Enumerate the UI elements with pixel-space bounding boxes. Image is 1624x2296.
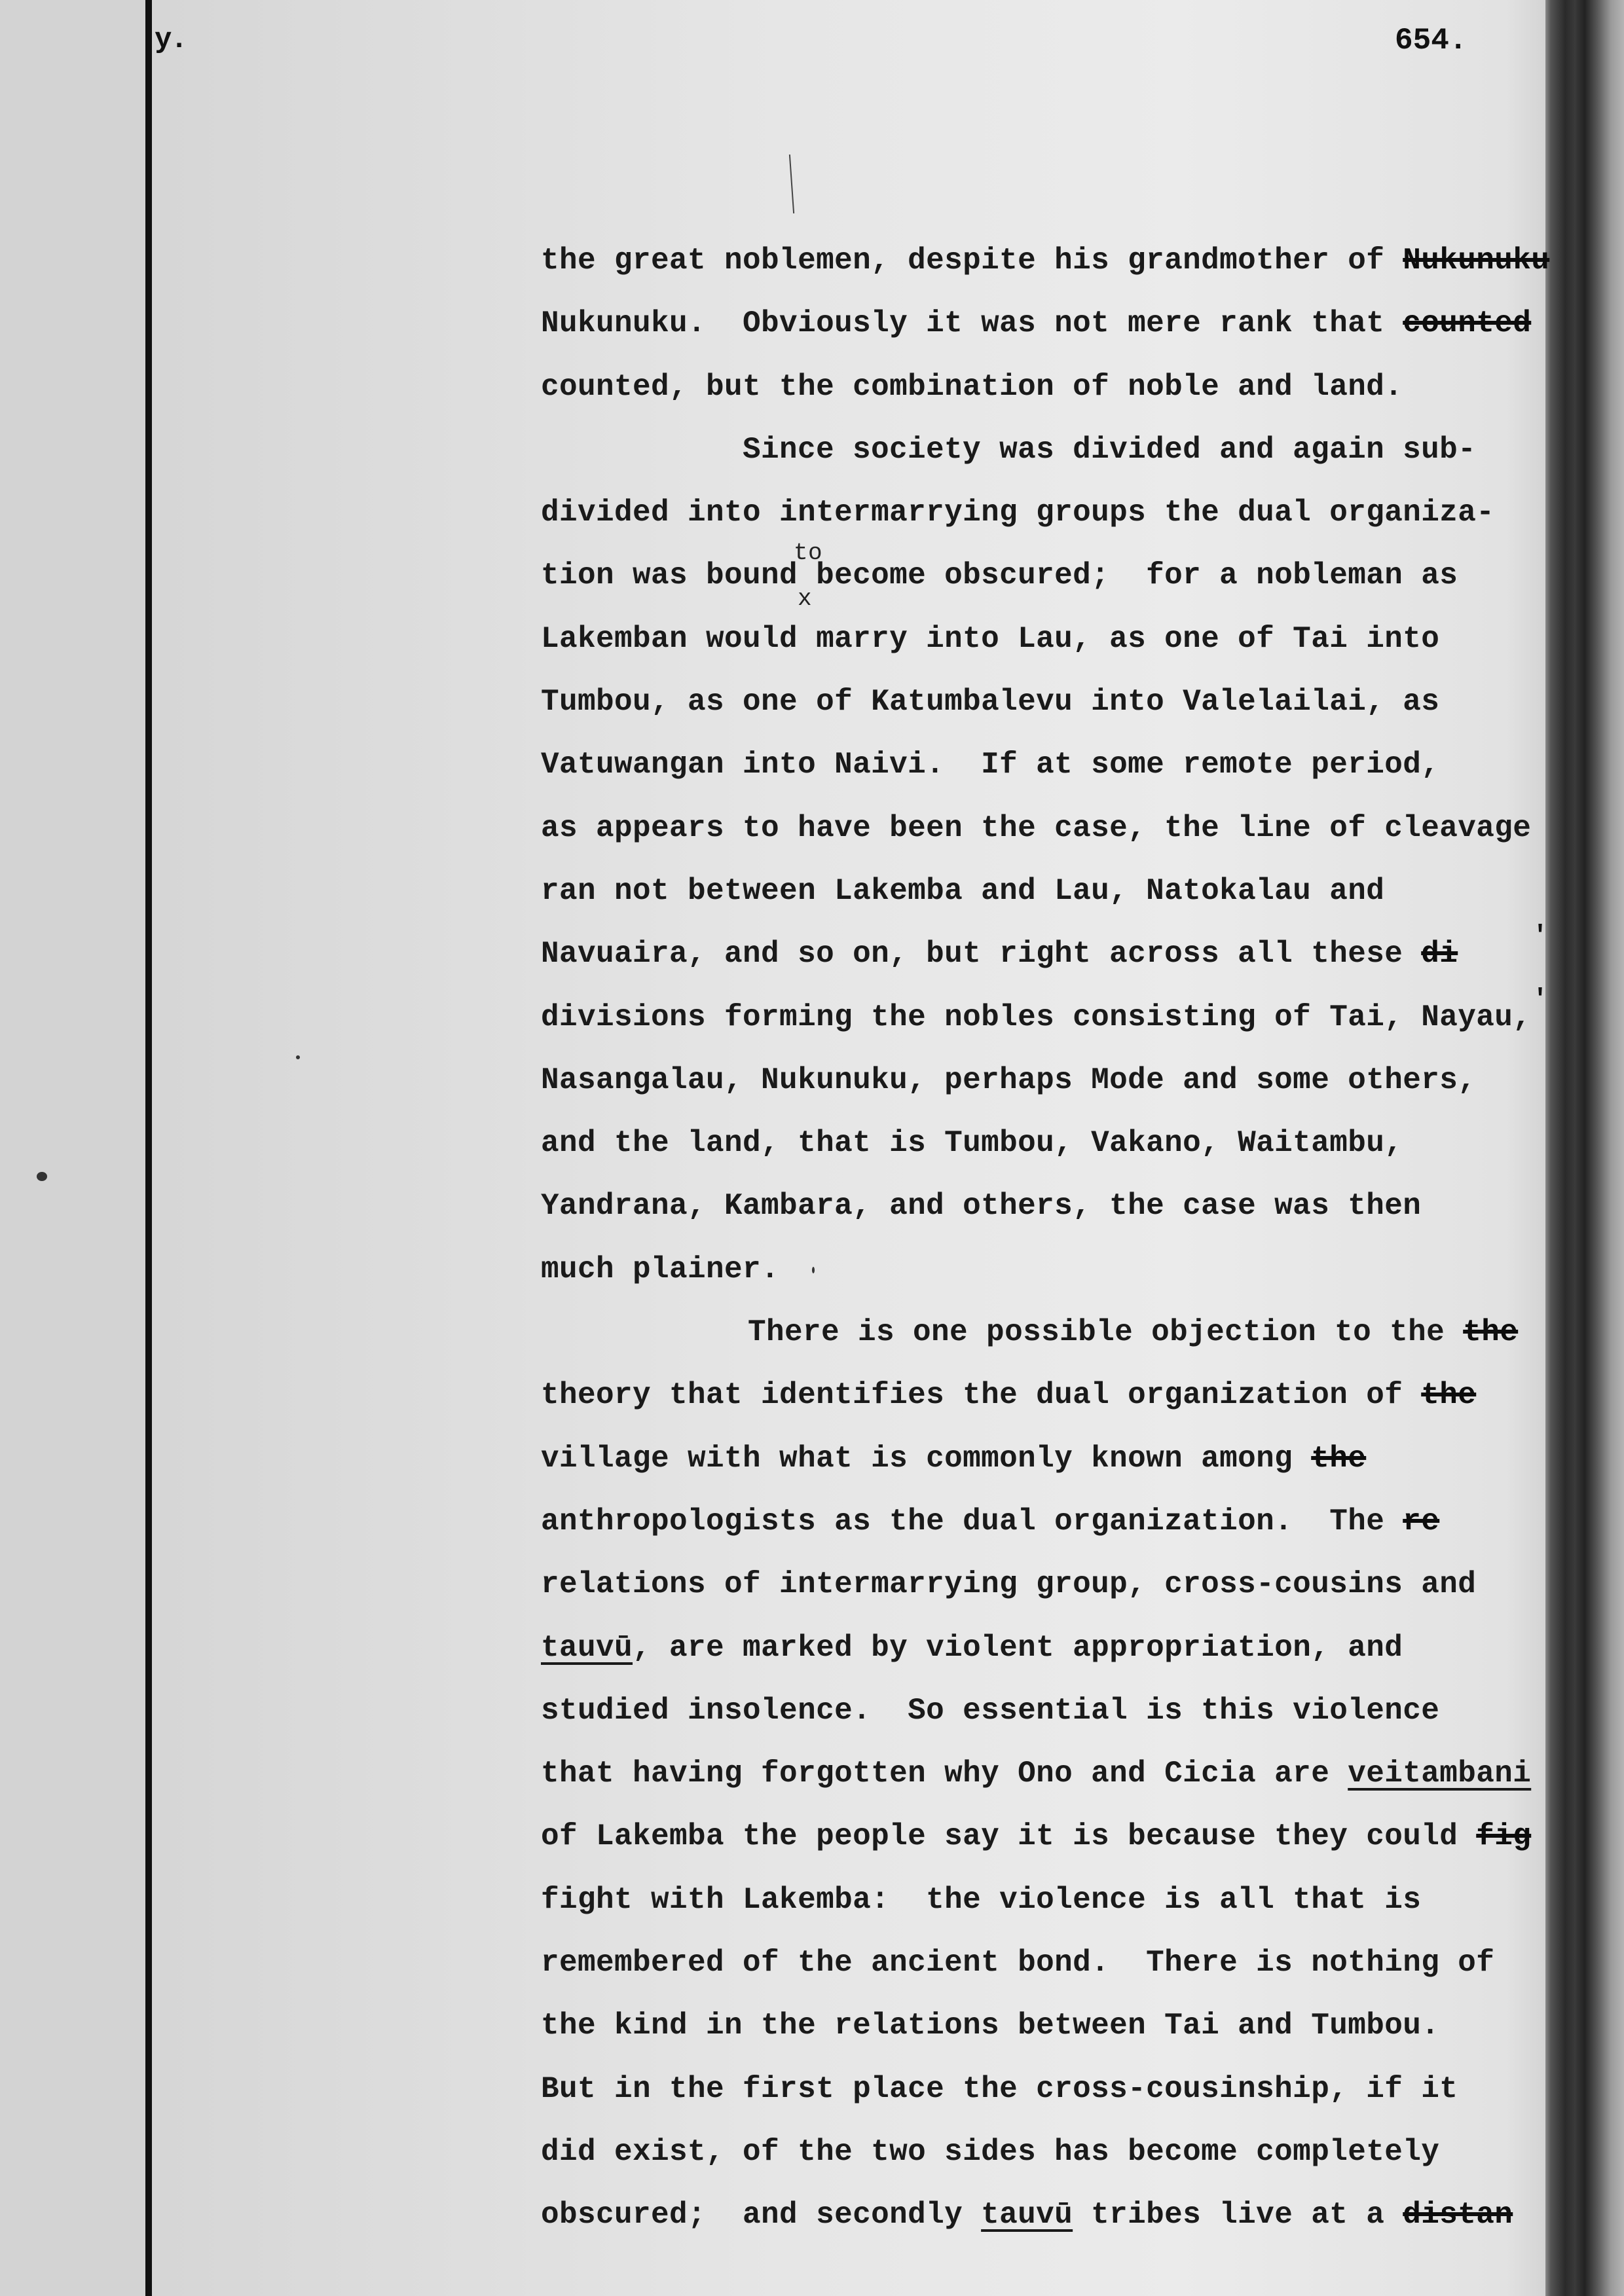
margin-rule-line	[145, 0, 152, 2296]
text-segment: divided into intermarrying groups the du…	[541, 496, 1494, 530]
text-segment: anthropologists as the dual organization…	[541, 1504, 1403, 1539]
previous-page-mark: y.	[155, 24, 187, 56]
scanned-page: y. 654. ' ' the great noblemen, despite …	[0, 0, 1624, 2296]
text-line: theory that identifies the dual organiza…	[541, 1377, 1562, 1440]
text-line: Yandrana, Kambara, and others, the case …	[541, 1188, 1562, 1250]
struck-text: di	[1421, 937, 1458, 971]
text-segment: remembered of the ancient bond. There is…	[541, 1946, 1494, 1980]
text-line: of Lakemba the people say it is because …	[541, 1818, 1562, 1881]
text-line: Lakemban would marry into Lau, as one of…	[541, 621, 1562, 683]
text-segment: did exist, of the two sides has become c…	[541, 2135, 1439, 2169]
text-segment: become obscured; for a nobleman as	[816, 558, 1458, 592]
text-line: ran not between Lakemba and Lau, Natokal…	[541, 873, 1562, 936]
text-segment: obscured; and secondly	[541, 2198, 981, 2232]
text-line: the great noblemen, despite his grandmot…	[541, 242, 1562, 305]
left-margin	[0, 0, 145, 2296]
text-line: divisions forming the nobles consisting …	[541, 999, 1562, 1062]
text-line: Vatuwangan into Naivi. If at some remote…	[541, 746, 1562, 809]
struck-text: the	[1421, 1378, 1476, 1412]
text-segment: relations of intermarrying group, cross-…	[541, 1567, 1476, 1601]
text-segment: the kind in the relations between Tai an…	[541, 2009, 1439, 2043]
text-line: as appears to have been the case, the li…	[541, 810, 1562, 873]
underlined-term: veitambani	[1348, 1757, 1531, 1791]
text-line: But in the first place the cross-cousins…	[541, 2071, 1562, 2134]
text-line: Nasangalau, Nukunuku, perhaps Mode and s…	[541, 1062, 1562, 1125]
text-segment: ran not between Lakemba and Lau, Natokal…	[541, 874, 1384, 908]
text-segment: Yandrana, Kambara, and others, the case …	[541, 1189, 1421, 1223]
text-segment: Lakemban would marry into Lau, as one of…	[541, 622, 1439, 656]
text-segment: tion was bound	[541, 558, 816, 592]
text-segment: as appears to have been the case, the li…	[541, 811, 1531, 845]
scan-scratch	[789, 155, 794, 213]
text-segment: Nukunuku. Obviously it was not mere rank…	[541, 306, 1403, 340]
text-segment: theory that identifies the dual organiza…	[541, 1378, 1421, 1412]
struck-text: the	[1463, 1315, 1518, 1349]
text-segment: the great noblemen, despite his grandmot…	[541, 244, 1403, 278]
text-segment: that having forgotten why Ono and Cicia …	[541, 1757, 1348, 1791]
text-segment: much plainer.	[541, 1252, 779, 1286]
text-line: much plainer.	[541, 1251, 1562, 1314]
scan-speck	[37, 1172, 47, 1181]
underlined-term: tauvū	[981, 2198, 1073, 2232]
text-line: village with what is commonly known amon…	[541, 1440, 1562, 1503]
struck-text: the	[1311, 1442, 1366, 1476]
text-segment: There is one possible objection to the	[748, 1315, 1463, 1349]
text-line: counted, but the combination of noble an…	[541, 369, 1562, 431]
text-segment: fight with Lakemba: the violence is all …	[541, 1883, 1421, 1917]
text-segment: Tumbou, as one of Katumbalevu into Valel…	[541, 685, 1439, 719]
text-line: Since society was divided and again sub-	[541, 431, 1562, 494]
text-line: Nukunuku. Obviously it was not mere rank…	[541, 305, 1562, 368]
text-segment: counted, but the combination of noble an…	[541, 370, 1403, 404]
struck-text: fig	[1476, 1819, 1531, 1853]
text-segment: divisions forming the nobles consisting …	[541, 1000, 1531, 1034]
text-segment: Navuaira, and so on, but right across al…	[541, 937, 1421, 971]
text-segment: Vatuwangan into Naivi. If at some remote…	[541, 748, 1439, 782]
struck-text: Nukunuku	[1403, 244, 1549, 278]
text-line: tauvū, are marked by violent appropriati…	[541, 1630, 1562, 1692]
text-segment: and the land, that is Tumbou, Vakano, Wa…	[541, 1126, 1403, 1160]
text-line: studied insolence. So essential is this …	[541, 1692, 1562, 1755]
text-line: Tumbou, as one of Katumbalevu into Valel…	[541, 683, 1562, 746]
text-line: and the land, that is Tumbou, Vakano, Wa…	[541, 1125, 1562, 1188]
struck-text: counted	[1403, 306, 1531, 340]
text-line: anthropologists as the dual organization…	[541, 1503, 1562, 1566]
text-segment: village with what is commonly known amon…	[541, 1442, 1311, 1476]
scan-speck	[296, 1055, 300, 1059]
insertion-caret: x	[798, 581, 812, 617]
text-line: relations of intermarrying group, cross-…	[541, 1566, 1562, 1629]
text-line: remembered of the ancient bond. There is…	[541, 1944, 1562, 2007]
insertion-above: to	[794, 535, 822, 572]
text-line: tion was bound toxbecome obscured; for a…	[541, 557, 1562, 620]
page-number: 654.	[1395, 24, 1467, 58]
struck-text: distan	[1403, 2198, 1513, 2232]
text-line: fight with Lakemba: the violence is all …	[541, 1882, 1562, 1944]
text-line: that having forgotten why Ono and Cicia …	[541, 1755, 1562, 1818]
text-line: There is one possible objection to the t…	[541, 1314, 1562, 1377]
typescript-body: the great noblemen, despite his grandmot…	[541, 242, 1562, 2260]
text-line: the kind in the relations between Tai an…	[541, 2007, 1562, 2070]
text-segment: tribes live at a	[1073, 2198, 1403, 2232]
text-segment: Since society was divided and again sub-	[743, 433, 1476, 467]
text-segment: of Lakemba the people say it is because …	[541, 1819, 1476, 1853]
text-line: Navuaira, and so on, but right across al…	[541, 936, 1562, 998]
text-line: divided into intermarrying groups the du…	[541, 494, 1562, 557]
text-line: obscured; and secondly tauvū tribes live…	[541, 2196, 1562, 2259]
text-segment: But in the first place the cross-cousins…	[541, 2072, 1458, 2106]
text-segment: , are marked by violent appropriation, a…	[633, 1631, 1403, 1665]
struck-text: re	[1403, 1504, 1439, 1539]
text-line: did exist, of the two sides has become c…	[541, 2134, 1562, 2196]
text-segment: Nasangalau, Nukunuku, perhaps Mode and s…	[541, 1063, 1476, 1097]
text-segment: studied insolence. So essential is this …	[541, 1694, 1439, 1728]
underlined-term: tauvū	[541, 1631, 633, 1665]
